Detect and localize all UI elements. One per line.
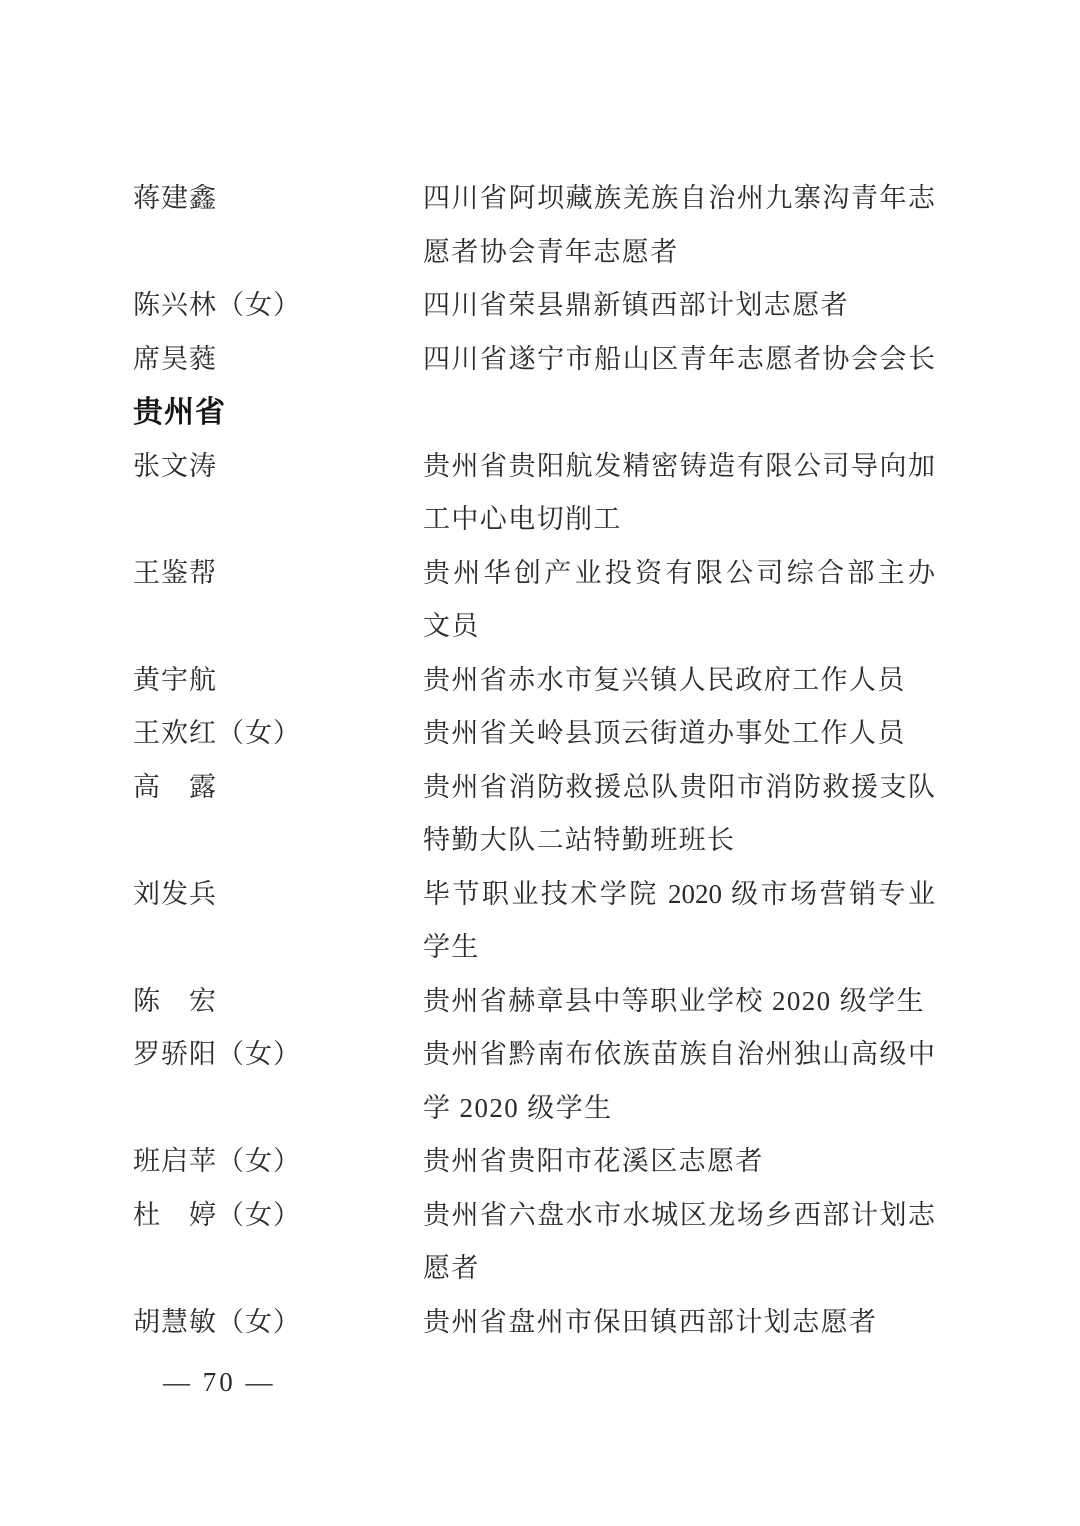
entry-row: 刘发兵 毕节职业技术学院 2020 级市场营销专业 学生 bbox=[133, 868, 935, 975]
entry-desc-line: 贵州省黔南布依族苗族自治州独山高级中 bbox=[423, 1028, 935, 1082]
entry-row: 蒋建鑫 四川省阿坝藏族羌族自治州九寨沟青年志 愿者协会青年志愿者 bbox=[133, 172, 935, 279]
entry-desc-line: 贵州省赤水市复兴镇人民政府工作人员 bbox=[423, 654, 935, 708]
entry-desc: 贵州省盘州市保田镇西部计划志愿者 bbox=[423, 1296, 935, 1350]
entry-desc-line: 贵州省消防救援总队贵阳市消防救援支队 bbox=[423, 761, 935, 815]
entry-desc-line: 愿者 bbox=[423, 1242, 935, 1296]
entry-desc-line: 工中心电切削工 bbox=[423, 493, 935, 547]
entry-name: 黄宇航 bbox=[133, 654, 423, 708]
entry-row: 王鉴帮 贵州华创产业投资有限公司综合部主办 文员 bbox=[133, 547, 935, 654]
entry-desc-line: 四川省遂宁市船山区青年志愿者协会会长 bbox=[423, 333, 935, 387]
document-page: 蒋建鑫 四川省阿坝藏族羌族自治州九寨沟青年志 愿者协会青年志愿者 陈兴林（女） … bbox=[0, 0, 1080, 1526]
entry-desc-line: 贵州省赫章县中等职业学校 2020 级学生 bbox=[423, 975, 935, 1029]
entry-desc: 贵州省关岭县顶云街道办事处工作人员 bbox=[423, 707, 935, 761]
entry-desc-line: 特勤大队二站特勤班班长 bbox=[423, 814, 935, 868]
entry-desc: 贵州省贵阳航发精密铸造有限公司导向加 工中心电切削工 bbox=[423, 440, 935, 547]
entry-row: 胡慧敏（女） 贵州省盘州市保田镇西部计划志愿者 bbox=[133, 1296, 935, 1350]
entry-row: 高 露 贵州省消防救援总队贵阳市消防救援支队 特勤大队二站特勤班班长 bbox=[133, 761, 935, 868]
entry-name: 班启苹（女） bbox=[133, 1135, 423, 1189]
honoree-list: 蒋建鑫 四川省阿坝藏族羌族自治州九寨沟青年志 愿者协会青年志愿者 陈兴林（女） … bbox=[133, 172, 935, 1349]
entry-name: 罗骄阳（女） bbox=[133, 1028, 423, 1082]
entry-desc: 四川省阿坝藏族羌族自治州九寨沟青年志 愿者协会青年志愿者 bbox=[423, 172, 935, 279]
entry-desc: 贵州华创产业投资有限公司综合部主办 文员 bbox=[423, 547, 935, 654]
entry-desc-line: 贵州省盘州市保田镇西部计划志愿者 bbox=[423, 1296, 935, 1350]
entry-row: 王欢红（女） 贵州省关岭县顶云街道办事处工作人员 bbox=[133, 707, 935, 761]
entry-row: 黄宇航 贵州省赤水市复兴镇人民政府工作人员 bbox=[133, 654, 935, 708]
entry-desc-line: 文员 bbox=[423, 600, 935, 654]
entry-desc-line: 贵州省六盘水市水城区龙场乡西部计划志 bbox=[423, 1189, 935, 1243]
entry-name: 王鉴帮 bbox=[133, 547, 423, 601]
entry-name: 席昊蕤 bbox=[133, 333, 423, 387]
entry-row: 陈 宏 贵州省赫章县中等职业学校 2020 级学生 bbox=[133, 975, 935, 1029]
entry-row: 班启苹（女） 贵州省贵阳市花溪区志愿者 bbox=[133, 1135, 935, 1189]
entry-name: 蒋建鑫 bbox=[133, 172, 423, 226]
entry-desc-line: 贵州省贵阳市花溪区志愿者 bbox=[423, 1135, 935, 1189]
entry-name: 胡慧敏（女） bbox=[133, 1296, 423, 1350]
section-header-row: 贵州省 bbox=[133, 386, 935, 440]
entry-desc: 四川省遂宁市船山区青年志愿者协会会长 bbox=[423, 333, 935, 387]
entry-name: 陈 宏 bbox=[133, 975, 423, 1029]
entry-desc: 贵州省赫章县中等职业学校 2020 级学生 bbox=[423, 975, 935, 1029]
section-header-guizhou: 贵州省 bbox=[133, 386, 226, 440]
entry-desc: 毕节职业技术学院 2020 级市场营销专业 学生 bbox=[423, 868, 935, 975]
entry-desc-line: 学生 bbox=[423, 921, 935, 975]
entry-desc: 贵州省消防救援总队贵阳市消防救援支队 特勤大队二站特勤班班长 bbox=[423, 761, 935, 868]
entry-desc: 贵州省六盘水市水城区龙场乡西部计划志 愿者 bbox=[423, 1189, 935, 1296]
entry-row: 陈兴林（女） 四川省荣县鼎新镇西部计划志愿者 bbox=[133, 279, 935, 333]
entry-desc-line: 四川省荣县鼎新镇西部计划志愿者 bbox=[423, 279, 935, 333]
entry-name: 高 露 bbox=[133, 761, 423, 815]
entry-desc: 四川省荣县鼎新镇西部计划志愿者 bbox=[423, 279, 935, 333]
entry-row: 张文涛 贵州省贵阳航发精密铸造有限公司导向加 工中心电切削工 bbox=[133, 440, 935, 547]
entry-name: 张文涛 bbox=[133, 440, 423, 494]
entry-desc-line: 四川省阿坝藏族羌族自治州九寨沟青年志 bbox=[423, 172, 935, 226]
entry-desc-line: 贵州省关岭县顶云街道办事处工作人员 bbox=[423, 707, 935, 761]
entry-desc-line: 贵州省贵阳航发精密铸造有限公司导向加 bbox=[423, 440, 935, 494]
page-number: — 70 — bbox=[163, 1356, 276, 1410]
entry-desc-line: 毕节职业技术学院 2020 级市场营销专业 bbox=[423, 868, 935, 922]
entry-desc: 贵州省赤水市复兴镇人民政府工作人员 bbox=[423, 654, 935, 708]
entry-desc: 贵州省贵阳市花溪区志愿者 bbox=[423, 1135, 935, 1189]
entry-name: 刘发兵 bbox=[133, 868, 423, 922]
entry-row: 席昊蕤 四川省遂宁市船山区青年志愿者协会会长 bbox=[133, 333, 935, 387]
entry-name: 陈兴林（女） bbox=[133, 279, 423, 333]
entry-desc-line: 学 2020 级学生 bbox=[423, 1082, 935, 1136]
entry-name: 王欢红（女） bbox=[133, 707, 423, 761]
entry-desc-line: 贵州华创产业投资有限公司综合部主办 bbox=[423, 547, 935, 601]
entry-row: 罗骄阳（女） 贵州省黔南布依族苗族自治州独山高级中 学 2020 级学生 bbox=[133, 1028, 935, 1135]
entry-row: 杜 婷（女） 贵州省六盘水市水城区龙场乡西部计划志 愿者 bbox=[133, 1189, 935, 1296]
entry-desc-line: 愿者协会青年志愿者 bbox=[423, 226, 935, 280]
entry-desc: 贵州省黔南布依族苗族自治州独山高级中 学 2020 级学生 bbox=[423, 1028, 935, 1135]
entry-name: 杜 婷（女） bbox=[133, 1189, 423, 1243]
